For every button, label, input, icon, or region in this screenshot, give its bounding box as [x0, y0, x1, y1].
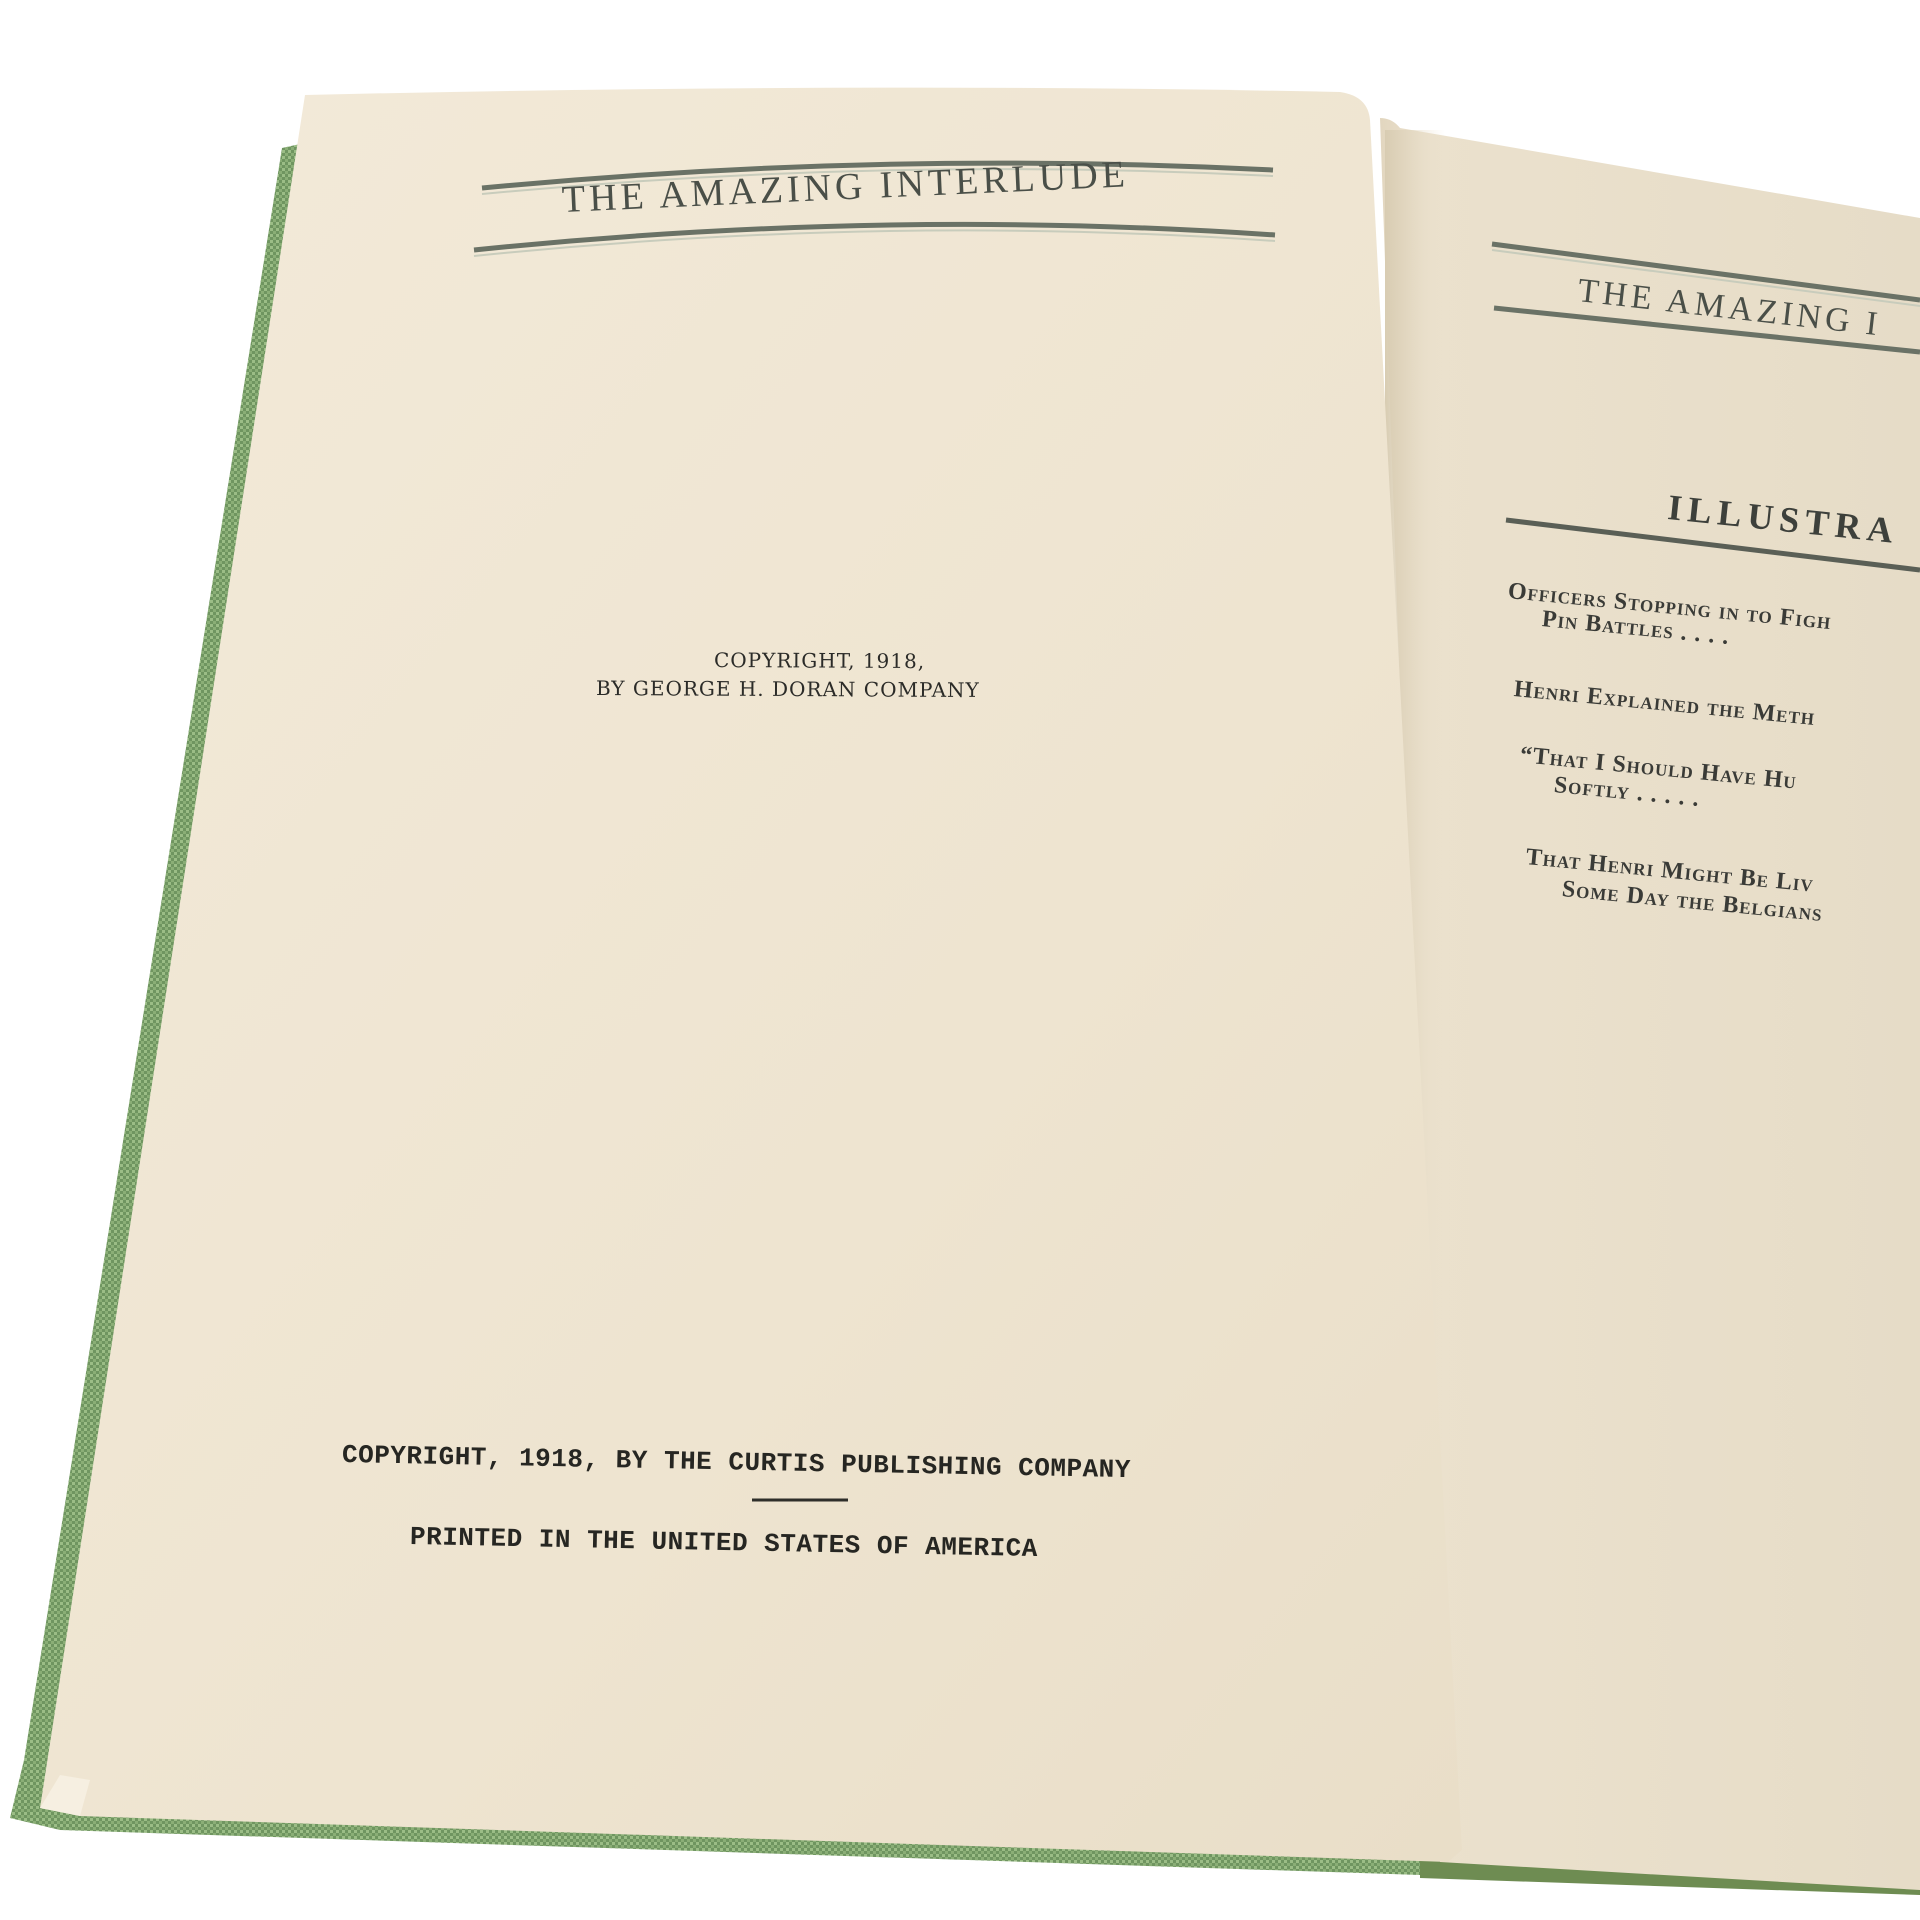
open-book-photo: THE AMAZING INTERLUDE COPYRIGHT, 1918, B…: [0, 0, 1920, 1920]
doran-copyright-line-2: BY GEORGE H. DORAN COMPANY: [596, 676, 980, 702]
right-page-shape: [1380, 118, 1920, 1890]
doran-copyright-line-1: COPYRIGHT, 1918,: [714, 648, 925, 673]
